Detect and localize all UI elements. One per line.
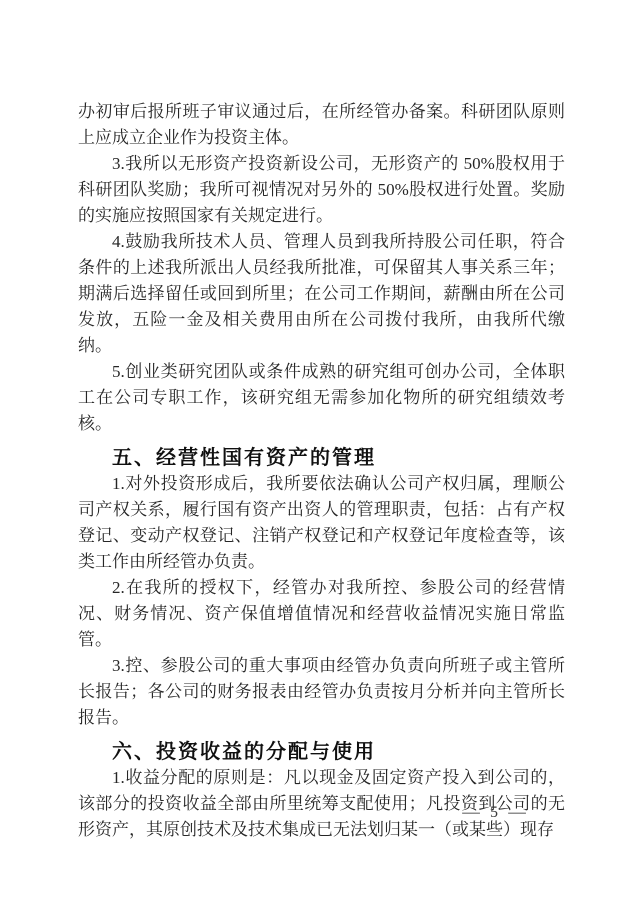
footer-dash-right: — <box>508 804 526 822</box>
footer-dash-left: — <box>462 804 480 822</box>
section-heading-5: 五、经营性国有资产的管理 <box>78 445 565 471</box>
document-page: 办初审后报所班子审议通过后，在所经管办备案。科研团队原则上应成立企业作为投资主体… <box>0 0 634 897</box>
body-paragraph-item-5: 5.创业类研究团队或条件成熟的研究组可创办公司，全体职工在公司专职工作，该研究组… <box>78 359 565 437</box>
body-paragraph-item-3: 3.我所以无形资产投资新设公司，无形资产的 50%股权用于科研团队奖励；我所可视… <box>78 151 565 229</box>
body-paragraph-item-4: 4.鼓励我所技术人员、管理人员到我所持股公司任职，符合条件的上述我所派出人员经我… <box>78 229 565 359</box>
page-footer: — 5 — <box>463 804 525 822</box>
body-paragraph-sec5-item-3: 3.控、参股公司的重大事项由经管办负责向所班子或主管所长报告；各公司的财务报表由… <box>78 653 565 731</box>
section-heading-6: 六、投资收益的分配与使用 <box>78 739 565 765</box>
page-number: 5 <box>490 804 498 822</box>
body-paragraph-sec5-item-1: 1.对外投资形成后，我所要依法确认公司产权归属，理顺公司产权关系，履行国有资产出… <box>78 471 565 575</box>
body-paragraph-continuation: 办初审后报所班子审议通过后，在所经管办备案。科研团队原则上应成立企业作为投资主体… <box>78 99 565 151</box>
body-paragraph-sec5-item-2: 2.在我所的授权下，经管办对我所控、参股公司的经营情况、财务情况、资产保值增值情… <box>78 575 565 653</box>
text-content: 办初审后报所班子审议通过后，在所经管办备案。科研团队原则上应成立企业作为投资主体… <box>78 99 565 843</box>
